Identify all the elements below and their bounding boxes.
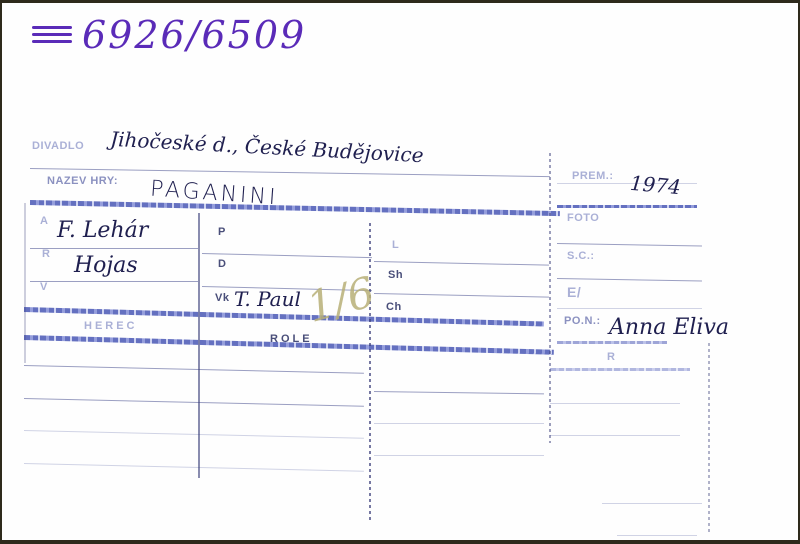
label-l: L: [392, 239, 399, 251]
label-theatre: DIVADLO: [32, 140, 84, 152]
row-divider: [557, 308, 702, 309]
column-divider: [369, 223, 371, 523]
value-theatre: Jihočeské d., České Budějovice: [110, 127, 425, 167]
label-sc: S.C.:: [567, 250, 595, 262]
archive-number: 6926/6509: [32, 13, 306, 57]
row-divider: [374, 293, 549, 298]
label-premiere: PREM.:: [572, 170, 614, 182]
label-author: A: [40, 215, 48, 227]
grid-line: [617, 535, 697, 536]
value-director: Hojas: [74, 253, 138, 278]
archive-number-value: 6926/6509: [82, 13, 306, 57]
column-divider: [549, 153, 551, 443]
label-ch: Ch: [386, 301, 402, 313]
grid-line: [602, 503, 702, 504]
label-set-design: V: [40, 281, 48, 293]
row-divider: [374, 261, 549, 266]
label-p: P: [218, 226, 226, 238]
row-divider: [557, 278, 702, 282]
grid-line: [550, 403, 680, 404]
grid-line: [24, 463, 364, 472]
stamp-divider: [550, 368, 690, 371]
row-divider: [202, 253, 372, 258]
grid-line: [374, 423, 544, 424]
column-divider: [708, 343, 710, 533]
value-vk: T. Paul: [234, 287, 301, 311]
label-pozn: PO.N.:: [564, 315, 601, 327]
stamp-divider: [557, 341, 667, 344]
grid-line: [24, 430, 364, 439]
crossed-out-prefix: [32, 22, 72, 48]
value-author: F. Lehár: [57, 218, 148, 243]
value-premiere: 1974: [629, 171, 682, 199]
row-divider: [557, 243, 702, 247]
stamp-divider: [30, 200, 560, 216]
label-vk: Vk: [215, 292, 229, 304]
row-divider: [30, 281, 198, 282]
header-actors: HEREC: [84, 320, 138, 332]
label-sh: Sh: [388, 269, 403, 281]
grid-line: [374, 455, 544, 456]
label-play-title: NAZEV HRY:: [47, 175, 118, 187]
value-pozn: Anna Eliva: [609, 315, 729, 340]
archive-card: 6926/6509 DIVADLO NAZEV HRY: PREM.: FOTO…: [2, 3, 798, 540]
label-director: R: [42, 248, 50, 260]
grid-line: [24, 365, 364, 374]
label-e: E/: [567, 284, 581, 300]
column-divider: [24, 203, 26, 363]
grid-line: [374, 391, 544, 394]
header-r-col: R: [607, 351, 615, 363]
label-photo: FOTO: [567, 212, 599, 224]
header-roles: ROLE: [270, 333, 313, 345]
row-divider: [30, 248, 198, 249]
label-d: D: [218, 258, 226, 270]
grid-line: [550, 435, 680, 436]
stamp-divider: [557, 205, 697, 208]
grid-line: [24, 398, 364, 407]
column-divider: [198, 213, 200, 478]
